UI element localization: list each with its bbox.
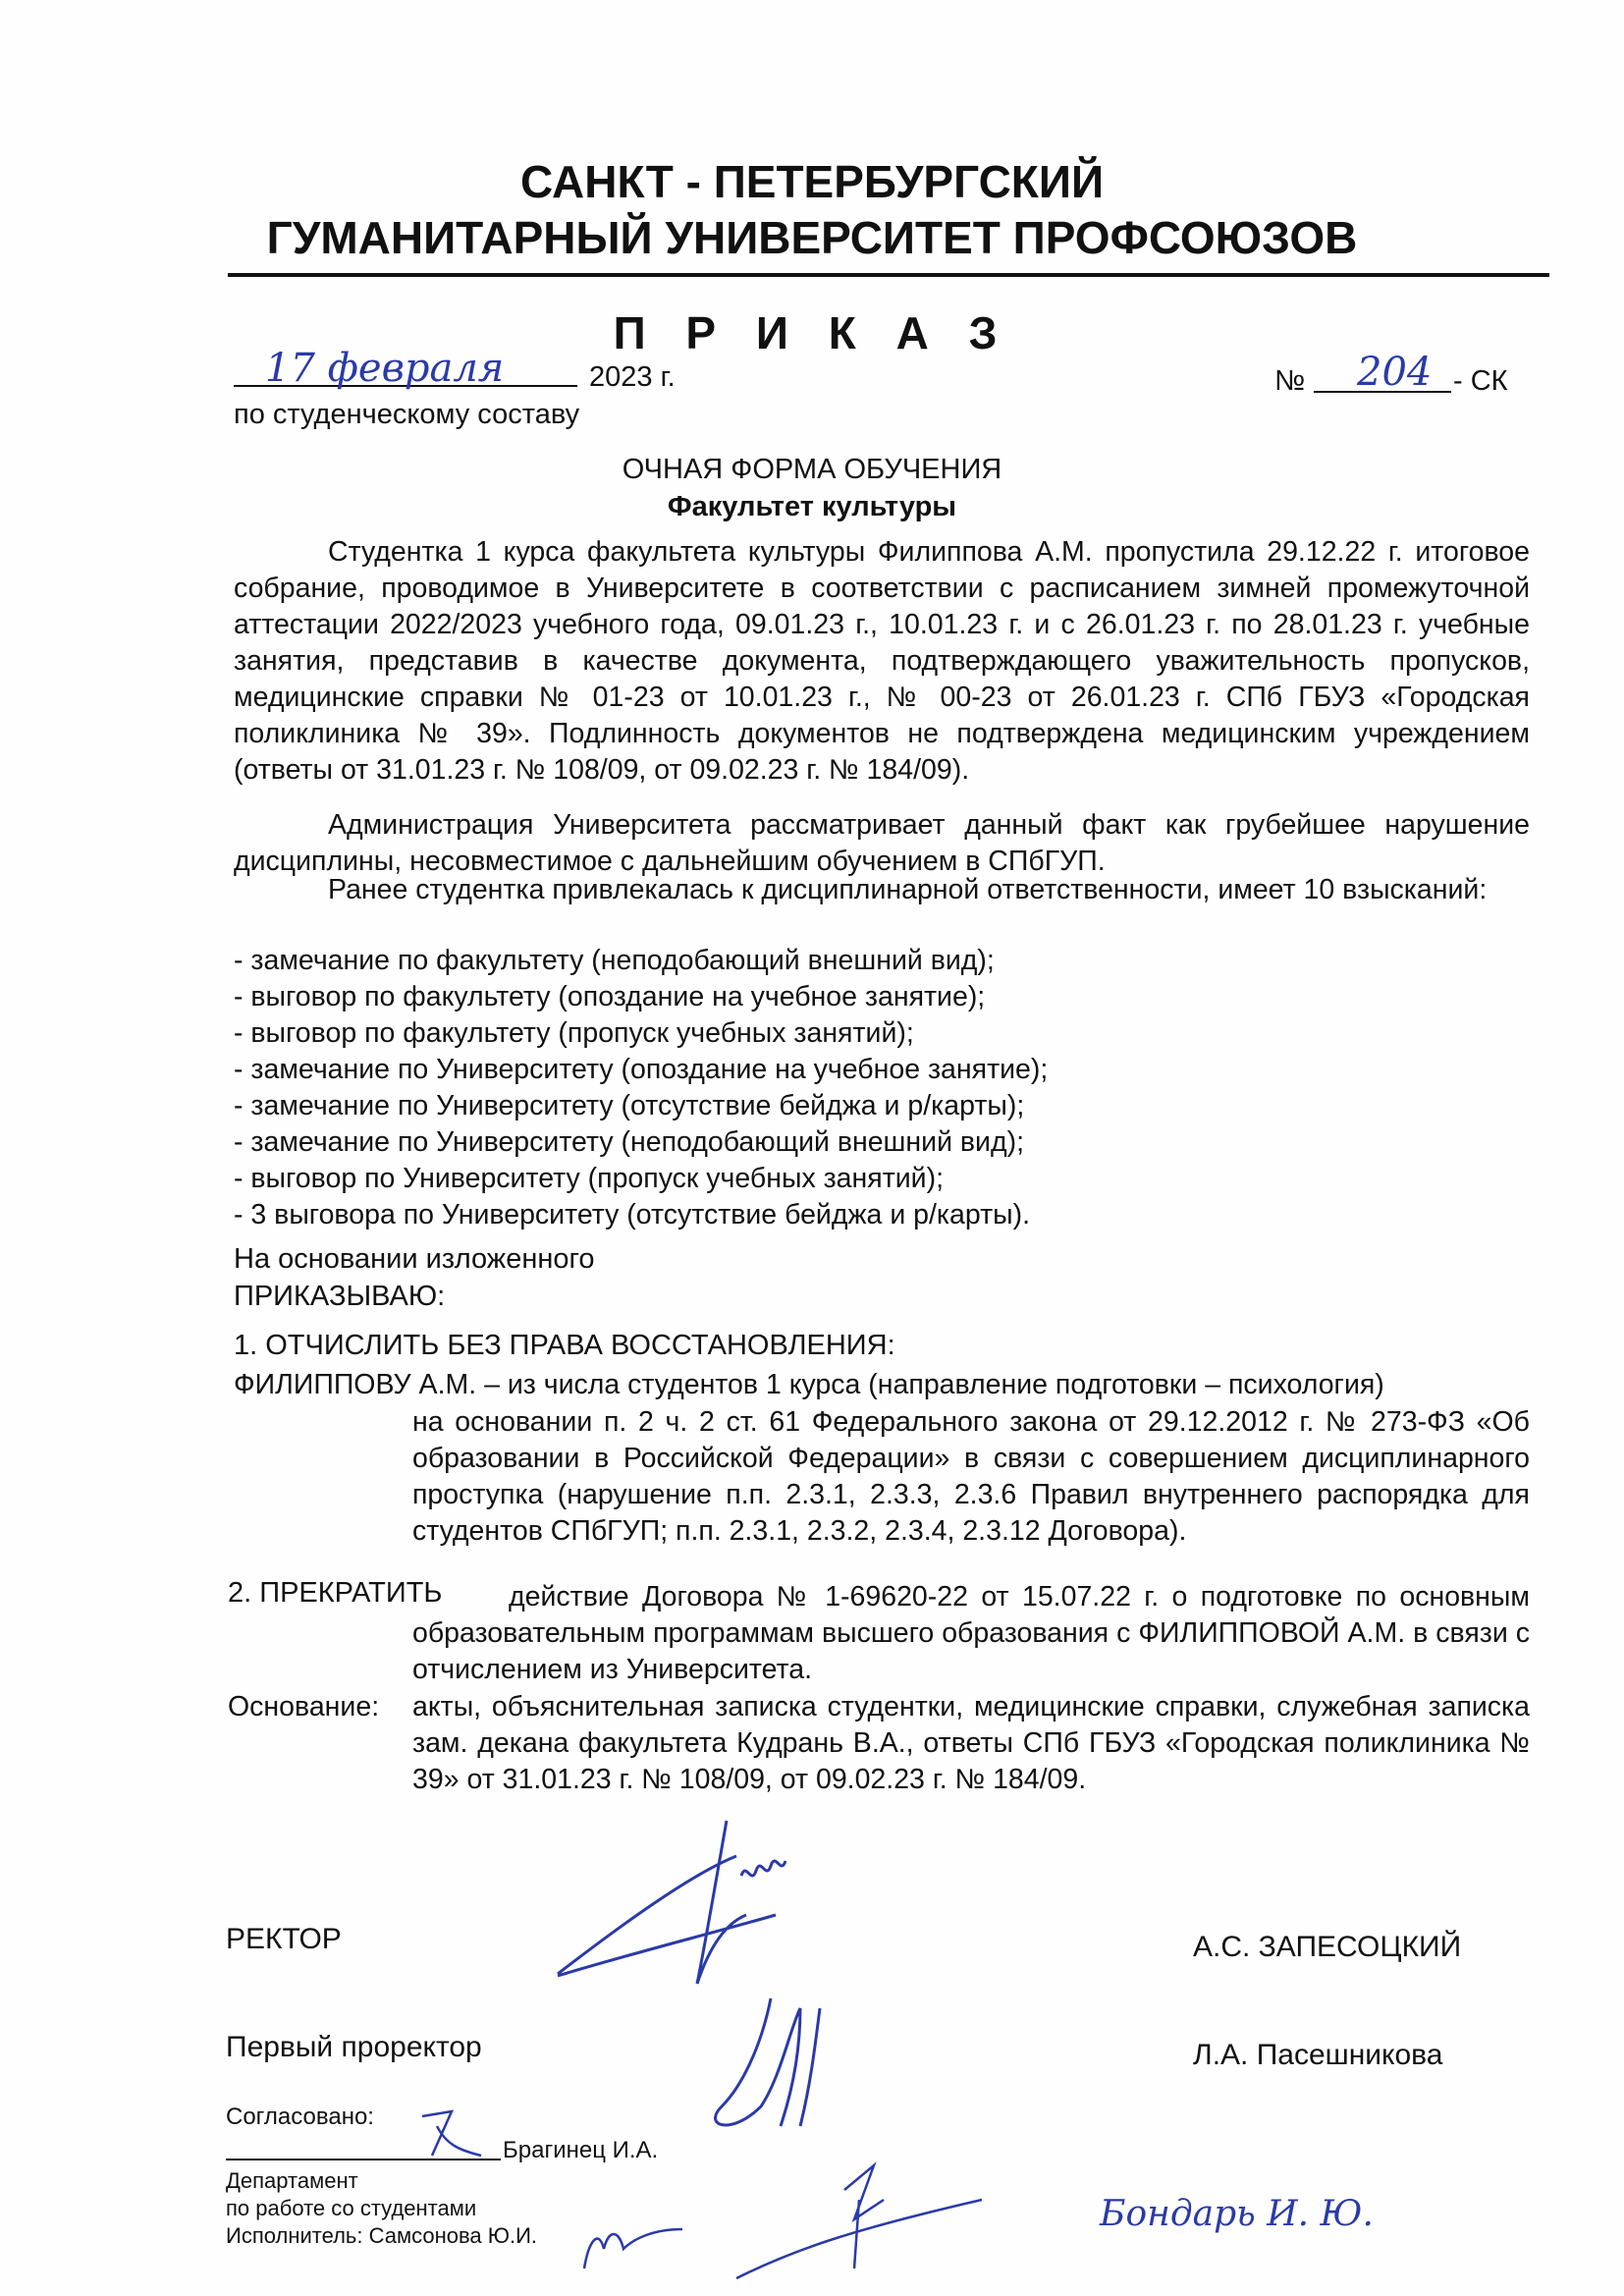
executor: Исполнитель: Самсонова Ю.И. [226,2223,537,2249]
number-suffix: - СК [1453,365,1508,398]
paragraph-previous: Ранее студентка привлекалась к дисциплин… [234,872,1530,908]
list-item: - выговор по факультету (пропуск учебных… [234,1015,1048,1052]
paragraph-administration: Администрация Университета рассматривает… [234,807,1530,880]
prorector-name: Л.А. Пасешникова [1193,2039,1442,2072]
list-item: - выговор по факультету (опоздание на уч… [234,979,1048,1015]
list-item: - выговор по Университету (пропуск учебн… [234,1161,1048,1197]
prorector-title: Первый проректор [226,2031,482,2064]
penalties-list: - замечание по факультету (неподобающий … [234,943,1048,1233]
department-line1: Департамент [226,2168,358,2194]
order-item-1-text: на основании п. 2 ч. 2 ст. 61 Федерально… [412,1404,1530,1550]
university-name-line2: ГУМАНИТАРНЫЙ УНИВЕРСИТЕТ ПРОФСОЮЗОВ [0,211,1624,264]
date-year: 2023 г. [589,361,676,394]
rector-signature-icon [550,1817,903,2013]
rector-name: А.С. ЗАПЕСОЦКИЙ [1193,1931,1461,1964]
faculty-title: Факультет культуры [0,491,1624,523]
list-item: - замечание по факультету (неподобающий … [234,943,1048,979]
basis-text-content: акты, объяснительная записка студентки, … [412,1689,1530,1798]
department-line2: по работе со студентами [226,2196,476,2221]
paragraph-incident: Студентка 1 курса факультета культуры Фи… [234,534,1530,789]
number-label: № [1274,365,1305,398]
basis-label: Основание: [228,1689,379,1725]
list-item: - 3 выговора по Университету (отсутствие… [234,1197,1048,1233]
study-form: ОЧНАЯ ФОРМА ОБУЧЕНИЯ [0,454,1624,486]
university-name-line1: САНКТ - ПЕТЕРБУРГСКИЙ [0,155,1624,208]
handwritten-date: 17 февраля [265,346,504,391]
order-item-2-text: действие Договора № 1-69620-22 от 15.07.… [412,1579,1530,1688]
order-word: ПРИКАЗЫВАЮ: [234,1279,445,1315]
list-item: - замечание по Университету (неподобающи… [234,1124,1048,1161]
header-divider [228,273,1549,277]
rector-title: РЕКТОР [226,1923,342,1956]
basis-intro: На основании изложенного [234,1241,595,1278]
order-item-1-title: 1. ОТЧИСЛИТЬ БЕЗ ПРАВА ВОССТАНОВЛЕНИЯ: [234,1328,895,1364]
prorector-signature-icon [702,1989,879,2136]
order-item-1-first-line: ФИЛИППОВУ А.М. – из числа студентов 1 ку… [234,1367,1530,1403]
handwritten-number: 204 [1357,350,1432,395]
order-item-2-label: 2. ПРЕКРАТИТЬ [228,1575,442,1612]
list-item: - замечание по Университету (отсутствие … [234,1088,1048,1124]
basis-text: акты, объяснительная записка студентки, … [412,1689,1530,1798]
agreed-label: Согласовано: [226,2104,374,2131]
order-subject: по студенческому составу [234,399,579,431]
agreed-signature-icon [393,2106,501,2165]
list-item: - замечание по Университету (опоздание н… [234,1052,1048,1088]
handwritten-note: Бондарь И. Ю. [1100,2194,1374,2234]
